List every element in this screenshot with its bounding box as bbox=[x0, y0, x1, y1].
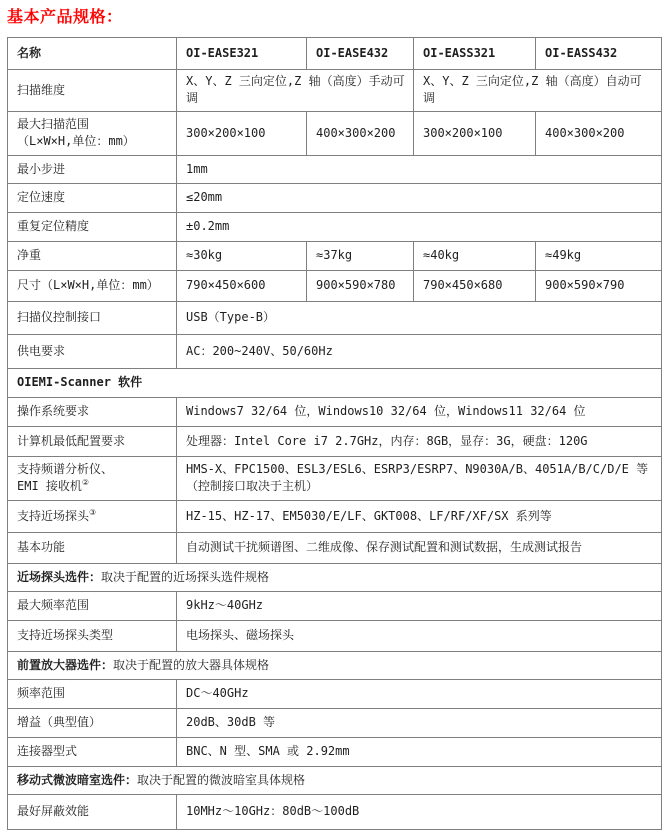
table-row: 操作系统要求 Windows7 32/64 位，Windows10 32/64 … bbox=[8, 397, 662, 426]
model-name: OI-EASS321 bbox=[414, 38, 536, 70]
row-label: 最小步进 bbox=[8, 155, 177, 183]
section-title: OIEMI-Scanner 软件 bbox=[17, 375, 142, 389]
row-label: 频率范围 bbox=[8, 679, 177, 708]
section-header: 移动式微波暗室选件：取决于配置的微波暗室具体规格 bbox=[8, 766, 662, 794]
spec-value: 电场探头、磁场探头 bbox=[177, 620, 662, 651]
spec-value: USB（Type-B） bbox=[177, 301, 662, 334]
section-description: 取决于配置的微波暗室具体规格 bbox=[137, 773, 305, 787]
table-section-row: OIEMI-Scanner 软件 bbox=[8, 368, 662, 397]
spec-value: HZ-15、HZ-17、EM5030/E/LF、GKT008、LF/RF/XF/… bbox=[177, 500, 662, 532]
spec-page: 基本产品规格： 名称 OI-EASE321 OI-EASE432 OI-EASS… bbox=[0, 0, 668, 830]
table-row: 连接器型式 BNC、N 型、SMA 或 2.92mm bbox=[8, 737, 662, 766]
table-section-row: 前置放大器选件：取决于配置的放大器具体规格 bbox=[8, 651, 662, 679]
spec-value: 790×450×680 bbox=[414, 270, 536, 301]
spec-value: 900×590×790 bbox=[536, 270, 662, 301]
table-section-row: 近场探头选件：取决于配置的近场探头选件规格 bbox=[8, 563, 662, 591]
table-row: 计算机最低配置要求 处理器：Intel Core i7 2.7GHz，内存：8G… bbox=[8, 426, 662, 456]
section-header: 前置放大器选件：取决于配置的放大器具体规格 bbox=[8, 651, 662, 679]
model-name: OI-EASE432 bbox=[307, 38, 414, 70]
row-label-line2: （L×W×H,单位：mm） bbox=[17, 133, 168, 150]
spec-value: 790×450×600 bbox=[177, 270, 307, 301]
table-row: 增益（典型值） 20dB、30dB 等 bbox=[8, 708, 662, 737]
spec-value: 400×300×200 bbox=[536, 111, 662, 155]
spec-value: 10MHz～10GHz：80dB～100dB bbox=[177, 794, 662, 829]
table-row: 最大扫描范围 （L×W×H,单位：mm） 300×200×100 400×300… bbox=[8, 111, 662, 155]
row-label: 计算机最低配置要求 bbox=[8, 426, 177, 456]
section-description: 取决于配置的放大器具体规格 bbox=[113, 658, 269, 672]
spec-value: ≤20mm bbox=[177, 183, 662, 212]
section-title: 前置放大器选件： bbox=[17, 658, 113, 672]
spec-value: ≈30kg bbox=[177, 241, 307, 270]
spec-value: AC：200~240V、50/60Hz bbox=[177, 334, 662, 368]
row-label: 最好屏蔽效能 bbox=[8, 794, 177, 829]
spec-value: Windows7 32/64 位，Windows10 32/64 位，Windo… bbox=[177, 397, 662, 426]
row-label-line1: 支持频谱分析仪、 bbox=[17, 461, 168, 478]
spec-value: 20dB、30dB 等 bbox=[177, 708, 662, 737]
row-label-line2: EMI 接收机② bbox=[17, 478, 168, 495]
table-row: 扫描仪控制接口 USB（Type-B） bbox=[8, 301, 662, 334]
row-label: 增益（典型值） bbox=[8, 708, 177, 737]
section-description: 取决于配置的近场探头选件规格 bbox=[101, 570, 269, 584]
footnote-mark: ② bbox=[82, 478, 89, 487]
spec-value: DC～40GHz bbox=[177, 679, 662, 708]
table-row: 最好屏蔽效能 10MHz～10GHz：80dB～100dB bbox=[8, 794, 662, 829]
table-row: 频率范围 DC～40GHz bbox=[8, 679, 662, 708]
section-title: 近场探头选件： bbox=[17, 570, 101, 584]
table-row: 尺寸（L×W×H,单位：mm） 790×450×600 900×590×780 … bbox=[8, 270, 662, 301]
spec-value: 9kHz～40GHz bbox=[177, 591, 662, 620]
spec-table: 名称 OI-EASE321 OI-EASE432 OI-EASS321 OI-E… bbox=[7, 37, 662, 830]
table-row: 扫描维度 X、Y、Z 三向定位,Z 轴（高度）手动可调 X、Y、Z 三向定位,Z… bbox=[8, 70, 662, 112]
table-row: 最小步进 1mm bbox=[8, 155, 662, 183]
table-row: 支持近场探头③ HZ-15、HZ-17、EM5030/E/LF、GKT008、L… bbox=[8, 500, 662, 532]
page-title: 基本产品规格： bbox=[7, 4, 661, 27]
section-title: 移动式微波暗室选件： bbox=[17, 773, 137, 787]
row-label-text: EMI 接收机 bbox=[17, 479, 82, 493]
spec-value: 400×300×200 bbox=[307, 111, 414, 155]
row-label: 支持频谱分析仪、 EMI 接收机② bbox=[8, 456, 177, 500]
spec-value: 处理器：Intel Core i7 2.7GHz，内存：8GB，显存：3G，硬盘… bbox=[177, 426, 662, 456]
table-row: 基本功能 自动测试干扰频谱图、二维成像、保存测试配置和测试数据，生成测试报告 bbox=[8, 532, 662, 563]
model-name: OI-EASS432 bbox=[536, 38, 662, 70]
footnote-mark: ③ bbox=[89, 508, 96, 517]
spec-value: ±0.2mm bbox=[177, 212, 662, 241]
model-name: OI-EASE321 bbox=[177, 38, 307, 70]
section-header: OIEMI-Scanner 软件 bbox=[8, 368, 662, 397]
spec-value: ≈37kg bbox=[307, 241, 414, 270]
row-label: 基本功能 bbox=[8, 532, 177, 563]
row-label-text: 支持近场探头 bbox=[17, 509, 89, 523]
spec-value: 自动测试干扰频谱图、二维成像、保存测试配置和测试数据，生成测试报告 bbox=[177, 532, 662, 563]
table-section-row: 移动式微波暗室选件：取决于配置的微波暗室具体规格 bbox=[8, 766, 662, 794]
table-row: 定位速度 ≤20mm bbox=[8, 183, 662, 212]
spec-value: HMS-X、FPC1500、ESL3/ESL6、ESRP3/ESRP7、N903… bbox=[177, 456, 662, 500]
spec-value: X、Y、Z 三向定位,Z 轴（高度）自动可调 bbox=[414, 70, 662, 112]
spec-value: X、Y、Z 三向定位,Z 轴（高度）手动可调 bbox=[177, 70, 414, 112]
spec-value: 1mm bbox=[177, 155, 662, 183]
table-row: 最大频率范围 9kHz～40GHz bbox=[8, 591, 662, 620]
table-row: 支持频谱分析仪、 EMI 接收机② HMS-X、FPC1500、ESL3/ESL… bbox=[8, 456, 662, 500]
row-label: 扫描维度 bbox=[8, 70, 177, 112]
row-label: 净重 bbox=[8, 241, 177, 270]
row-label: 扫描仪控制接口 bbox=[8, 301, 177, 334]
row-label: 尺寸（L×W×H,单位：mm） bbox=[8, 270, 177, 301]
row-label: 最大频率范围 bbox=[8, 591, 177, 620]
row-label: 最大扫描范围 （L×W×H,单位：mm） bbox=[8, 111, 177, 155]
row-label: 连接器型式 bbox=[8, 737, 177, 766]
spec-value: 900×590×780 bbox=[307, 270, 414, 301]
row-label: 支持近场探头③ bbox=[8, 500, 177, 532]
row-label: 重复定位精度 bbox=[8, 212, 177, 241]
spec-value: BNC、N 型、SMA 或 2.92mm bbox=[177, 737, 662, 766]
section-header: 近场探头选件：取决于配置的近场探头选件规格 bbox=[8, 563, 662, 591]
table-row-header: 名称 OI-EASE321 OI-EASE432 OI-EASS321 OI-E… bbox=[8, 38, 662, 70]
row-label-line1: 最大扫描范围 bbox=[17, 116, 168, 133]
row-label: 操作系统要求 bbox=[8, 397, 177, 426]
table-row: 支持近场探头类型 电场探头、磁场探头 bbox=[8, 620, 662, 651]
table-row: 净重 ≈30kg ≈37kg ≈40kg ≈49kg bbox=[8, 241, 662, 270]
table-row: 重复定位精度 ±0.2mm bbox=[8, 212, 662, 241]
row-label: 定位速度 bbox=[8, 183, 177, 212]
row-label: 供电要求 bbox=[8, 334, 177, 368]
spec-value: 300×200×100 bbox=[414, 111, 536, 155]
spec-value: 300×200×100 bbox=[177, 111, 307, 155]
spec-value: ≈40kg bbox=[414, 241, 536, 270]
spec-value: ≈49kg bbox=[536, 241, 662, 270]
row-label: 支持近场探头类型 bbox=[8, 620, 177, 651]
row-label: 名称 bbox=[8, 38, 177, 70]
table-row: 供电要求 AC：200~240V、50/60Hz bbox=[8, 334, 662, 368]
